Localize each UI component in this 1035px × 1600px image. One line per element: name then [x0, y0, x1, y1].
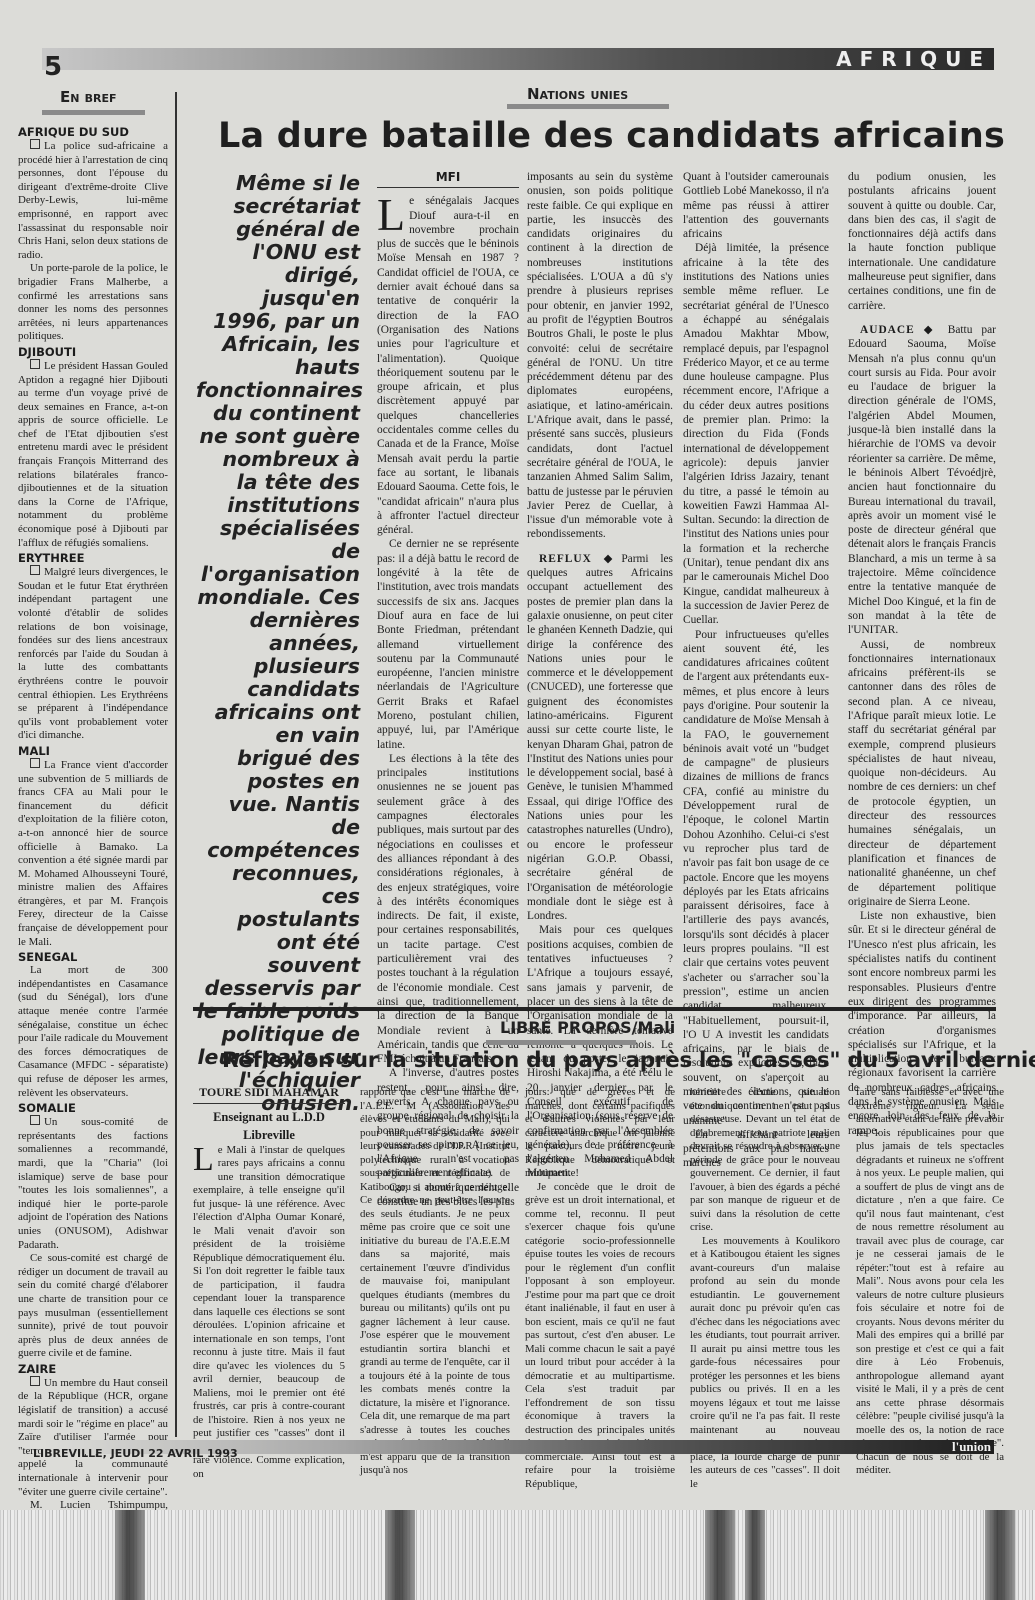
brief-item-afrique-du-sud: AFRIQUE DU SUD La police sud-africaine a… [18, 125, 168, 344]
kicker-rule [507, 104, 669, 109]
kicker-rule [486, 1040, 636, 1045]
brief-heading: SENEGAL [18, 950, 168, 964]
main-article-column-3: Quant à l'outsider camerounais Gottlieb … [683, 170, 829, 1171]
brief-heading: SOMALIE [18, 1101, 168, 1115]
checkbox-bullet-icon [30, 565, 40, 575]
brief-item-somalie: SOMALIE Un sous-comité de représentants … [18, 1101, 168, 1361]
brief-heading: AFRIQUE DU SUD [18, 125, 168, 139]
diamond-icon: ◆ [604, 553, 622, 565]
column-divider [175, 92, 177, 1437]
second-headline: Réflexion sur la situation du pays après… [222, 1048, 1035, 1073]
checkbox-bullet-icon [30, 758, 40, 768]
brief-heading: DJIBOUTI [18, 345, 168, 359]
opinion-column-3: jours: que de grèves et de marches, dont… [525, 1086, 675, 1491]
newspaper-page: 5 AFRIQUE En bref AFRIQUE DU SUD La poli… [0, 0, 1035, 1510]
main-headline: La dure bataille des candidats africains [218, 116, 1005, 156]
en-bref-title: En bref [60, 88, 117, 106]
brief-item-djibouti: DJIBOUTI Le président Hassan Gouled Apti… [18, 345, 168, 550]
brief-item-mali: MALI La France vient d'accorder une subv… [18, 744, 168, 949]
author-city: Libreville [193, 1126, 345, 1144]
author-block: TOURE SIDI MAHAMAR Enseignant au L.D.D L… [193, 1086, 345, 1144]
section-label: AFRIQUE [836, 48, 991, 70]
checkbox-bullet-icon [30, 359, 40, 369]
brief-item-erythree: ERYTHREE Malgré leurs divergences, le So… [18, 551, 168, 743]
byline: MFI [377, 170, 519, 188]
drop-cap: L [377, 196, 405, 234]
checkbox-bullet-icon [30, 1115, 40, 1125]
checkbox-bullet-icon [30, 1376, 40, 1386]
article-divider [193, 1007, 996, 1011]
page-number: 5 [44, 52, 62, 82]
scanner-artifact [0, 1510, 1035, 1600]
author-name: TOURE SIDI MAHAMAR [193, 1086, 345, 1104]
author-role: Enseignant au L.D.D [193, 1108, 345, 1126]
second-article-kicker: LIBRE PROPOS/Mali [500, 1018, 675, 1037]
main-article-column-4: du podium onusien, les postulants africa… [848, 170, 996, 1138]
opinion-column-2: rapporte que c'est une marche de l'A.E.E… [360, 1086, 510, 1478]
pull-quote: Même si le secrétariat général de l'ONU … [196, 172, 360, 1115]
opinion-column-4: héritière d'une situation économique on … [690, 1086, 840, 1491]
subhead-audace: AUDACE [860, 324, 915, 336]
opinion-column-5: faire sans faiblesse et avec une extrême… [856, 1086, 1004, 1478]
brief-heading: ZAIRE [18, 1362, 168, 1376]
subhead-reflux: REFLUX [539, 553, 592, 565]
checkbox-bullet-icon [30, 139, 40, 149]
brief-heading: ERYTHREE [18, 551, 168, 565]
dateline: LIBREVILLE, JEUDI 22 AVRIL 1993 [33, 1447, 238, 1460]
drop-cap: L [193, 1146, 214, 1174]
en-bref-rule [42, 110, 145, 115]
en-bref-column: AFRIQUE DU SUD La police sud-africaine a… [18, 124, 168, 1594]
brief-item-senegal: SENEGAL La mort de 300 indépendantistes … [18, 950, 168, 1100]
diamond-icon: ◆ [924, 324, 939, 336]
brief-heading: MALI [18, 744, 168, 758]
main-article-kicker: Nations unies [527, 85, 628, 103]
opinion-column-1: TOURE SIDI MAHAMAR Enseignant au L.D.D L… [193, 1086, 345, 1481]
newspaper-name: l'union [952, 1440, 991, 1454]
